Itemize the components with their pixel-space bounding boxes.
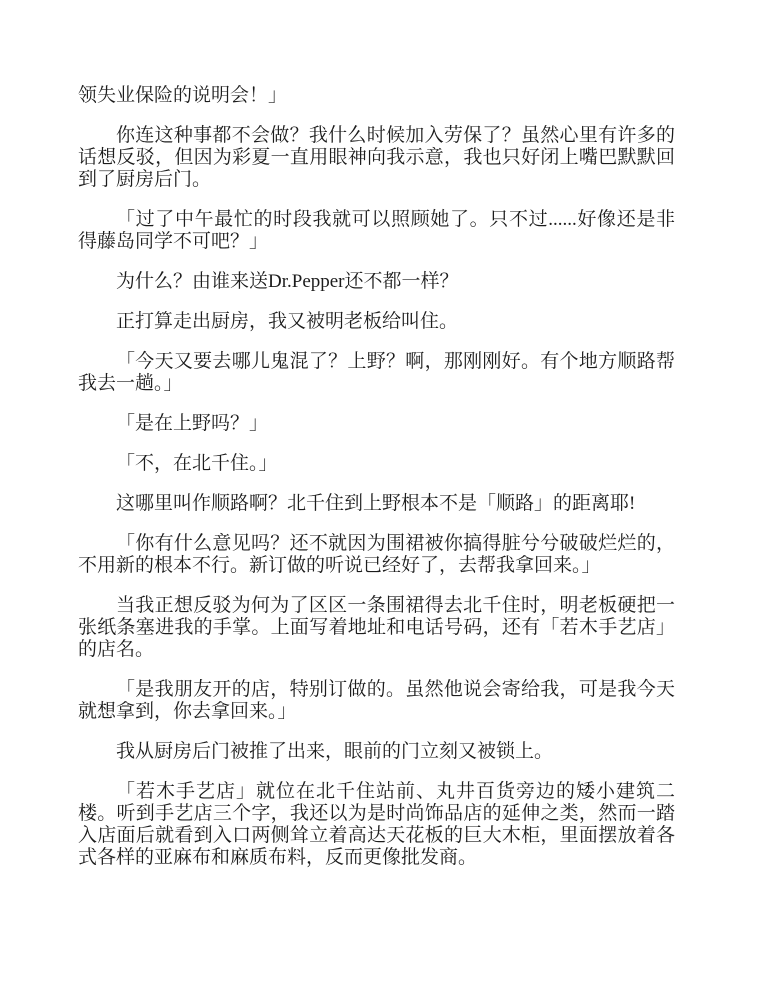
- novel-text-block: 领失业保险的说明会！」 你连这种事都不会做？我什么时候加入劳保了？虽然心里有许多…: [78, 85, 675, 887]
- paragraph: 「你有什么意见吗？还不就因为围裙被你搞得脏兮兮破破烂烂的，不用新的根本不行。新订…: [78, 533, 675, 577]
- paragraph: 「过了中午最忙的时段我就可以照顾她了。只不过......好像还是非得藤岛同学不可…: [78, 209, 675, 253]
- paragraph: 这哪里叫作顺路啊？北千住到上野根本不是「顺路」的距离耶!: [78, 493, 675, 515]
- paragraph: 为什么？由谁来送Dr.Pepper还不都一样？: [78, 271, 675, 293]
- paragraph: 「不，在北千住。」: [78, 453, 675, 475]
- document-page: 领失业保险的说明会！」 你连这种事都不会做？我什么时候加入劳保了？虽然心里有许多…: [0, 0, 765, 990]
- paragraph: 「今天又要去哪儿鬼混了？上野？啊，那刚刚好。有个地方顺路帮我去一趟。」: [78, 351, 675, 395]
- paragraph: 当我正想反驳为何为了区区一条围裙得去北千住时，明老板硬把一张纸条塞进我的手掌。上…: [78, 595, 675, 661]
- paragraph: 「是在上野吗？」: [78, 413, 675, 435]
- paragraph: 领失业保险的说明会！」: [78, 85, 675, 107]
- paragraph: 我从厨房后门被推了出来，眼前的门立刻又被锁上。: [78, 741, 675, 763]
- paragraph: 你连这种事都不会做？我什么时候加入劳保了？虽然心里有许多的话想反驳，但因为彩夏一…: [78, 125, 675, 191]
- paragraph: 「若木手艺店」就位在北千住站前、丸井百货旁边的矮小建筑二楼。听到手艺店三个字，我…: [78, 781, 675, 869]
- paragraph: 「是我朋友开的店，特别订做的。虽然他说会寄给我，可是我今天就想拿到，你去拿回来。…: [78, 679, 675, 723]
- paragraph: 正打算走出厨房，我又被明老板给叫住。: [78, 311, 675, 333]
